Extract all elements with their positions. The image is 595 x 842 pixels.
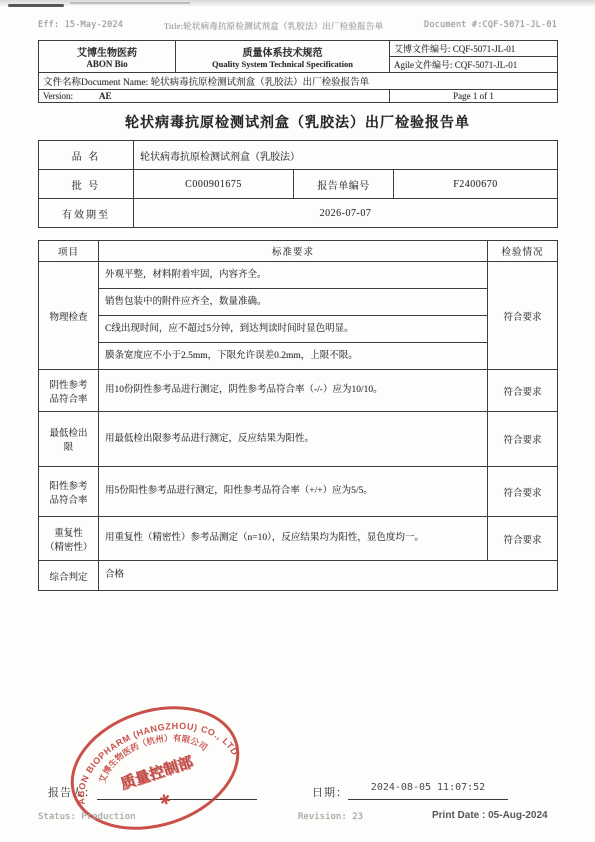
inspection-row: C线出现时间，应不超过5分钟，到达判读时间时显色明显。 (39, 316, 558, 343)
footer-print-date: Print Date : 05-Aug-2024 (432, 810, 548, 821)
inspection-header-row: 项目标准要求检验情况 (39, 241, 558, 262)
version-label: Version: (43, 91, 73, 101)
document-name: 文件名称Document Name: 轮状病毒抗原检测试剂盒（乳胶法）出厂检验报… (39, 73, 558, 90)
spec-title-cn: 质量体系技术规范 (180, 44, 385, 59)
inspection-item-name: 阴性参考品符合率 (39, 370, 99, 412)
inspection-row: 阴性参考品符合率用10份阴性参考品进行测定，阴性参考品符合率（-/-）应为10/… (39, 370, 558, 412)
company-name-en: ABON Bio (43, 59, 171, 69)
inspection-row: 膜条宽度应不小于2.5mm，下限允许误差0.2mm，上限不限。 (39, 343, 558, 370)
effective-date-text: Eff: 15-May-2024 (38, 20, 123, 30)
scan-artifact-mark (8, 4, 64, 7)
company-cell: 艾博生物医药 ABON Bio (39, 41, 176, 73)
company-name-cn: 艾博生物医药 (43, 44, 171, 59)
document-number-text: Document #:CQF-5071-JL-01 (424, 20, 557, 30)
inspection-result: 符合要求 (488, 517, 558, 561)
stamp-company-cn: 艾博生物医药（杭州）有限公司 (89, 719, 212, 787)
inspection-result: 符合要求 (488, 262, 558, 370)
inspection-result: 符合要求 (488, 412, 558, 467)
inspection-item-name: 物理检查 (39, 262, 99, 370)
svg-text:艾博生物医药（杭州）有限公司: 艾博生物医药（杭州）有限公司 (89, 719, 212, 787)
reporter-label: 报告人： (48, 784, 96, 800)
print-title-text: Title:轮状病毒抗原检测试剂盒（乳胶法）出厂检验报告单 (164, 20, 383, 32)
inspection-standard-text: 用10份阴性参考品进行测定，阴性参考品符合率（-/-）应为10/10。 (99, 370, 488, 412)
abon-doc-number: 艾博文件编号: CQF-5071-JL-01 (390, 41, 558, 57)
inspection-column-header-2: 检验情况 (488, 241, 558, 262)
inspection-column-header-1: 标准要求 (99, 241, 488, 262)
inspection-result: 符合要求 (488, 370, 558, 412)
agile-print-header: Eff: 15-May-2024 Title:轮状病毒抗原检测试剂盒（乳胶法）出… (38, 20, 557, 32)
inspection-table: 项目标准要求检验情况物理检查外观平整，材料附着牢固，内容齐全。符合要求销售包装中… (38, 240, 558, 591)
inspection-standard-text: 用重复性（精密性）参考品测定（n=10），反应结果均为阳性，显色度均一。 (99, 517, 488, 561)
inspection-standard-text: 外观平整，材料附着牢固，内容齐全。 (99, 262, 488, 289)
inspection-standard-text: 膜条宽度应不小于2.5mm，下限允许误差0.2mm，上限不限。 (99, 343, 488, 370)
product-info-table: 品 名 轮状病毒抗原检测试剂盒（乳胶法） 批 号 C000901675 报告单编… (38, 140, 558, 228)
scanned-report-page: Eff: 15-May-2024 Title:轮状病毒抗原检测试剂盒（乳胶法）出… (0, 0, 595, 842)
inspection-standard-text: C线出现时间，应不超过5分钟，到达判读时间时显色明显。 (99, 316, 488, 343)
inspection-column-header-0: 项目 (39, 241, 99, 262)
spec-cell: 质量体系技术规范 Quality System Technical Specif… (176, 41, 390, 73)
batch-number-value: C000901675 (134, 170, 294, 199)
agile-doc-number: Agile文件编号: CQF-5071-JL-01 (390, 57, 558, 73)
report-number-value: F2400670 (394, 170, 558, 199)
date-label: 日期： (312, 784, 348, 800)
reporter-signature-line (97, 799, 257, 800)
inspection-standard-text: 用最低检出限参考品进行测定，反应结果为阳性。 (99, 412, 488, 467)
scan-artifact-line (70, 2, 190, 4)
product-name-value: 轮状病毒抗原检测试剂盒（乳胶法） (134, 141, 558, 170)
stamp-star-icon: ✱ (158, 792, 174, 810)
date-value: 2024-08-05 11:07:52 (348, 782, 508, 793)
document-header-table: 艾博生物医药 ABON Bio 质量体系技术规范 Quality System … (38, 40, 558, 103)
footer-status: Status: Production (38, 812, 136, 822)
date-line (348, 799, 508, 800)
stamp-dept-text: 质量控制部 (118, 753, 195, 793)
report-number-label: 报告单编号 (294, 170, 394, 199)
spec-title-en: Quality System Technical Specification (180, 59, 385, 69)
inspection-standard-text: 销售包装中的附件应齐全，数量准确。 (99, 289, 488, 316)
inspection-item-name: 最低检出限 (39, 412, 99, 467)
expiry-date-label: 有效期至 (39, 199, 134, 228)
inspection-row: 最低检出限用最低检出限参考品进行测定，反应结果为阳性。符合要求 (39, 412, 558, 467)
product-name-label: 品 名 (39, 141, 134, 170)
inspection-result: 符合要求 (488, 467, 558, 517)
batch-number-label: 批 号 (39, 170, 134, 199)
footer-revision: Revision: 23 (298, 812, 363, 822)
inspection-item-name: 阳性参考品符合率 (39, 467, 99, 517)
inspection-item-name: 重复性（精密性） (39, 517, 99, 561)
inspection-row: 重复性（精密性）用重复性（精密性）参考品测定（n=10），反应结果均为阳性，显色… (39, 517, 558, 561)
inspection-row: 销售包装中的附件应齐全，数量准确。 (39, 289, 558, 316)
inspection-row: 阳性参考品符合率用5份阳性参考品进行测定，阳性参考品符合率（+/+）应为5/5。… (39, 467, 558, 517)
inspection-row: 综合判定合格 (39, 561, 558, 591)
inspection-standard-text: 合格 (99, 561, 558, 591)
expiry-date-value: 2026-07-07 (134, 199, 558, 228)
inspection-item-name: 综合判定 (39, 561, 99, 591)
inspection-standard-text: 用5份阳性参考品进行测定，阳性参考品符合率（+/+）应为5/5。 (99, 467, 488, 517)
page-indicator: Page 1 of 1 (390, 90, 558, 103)
version-cell: Version:AE (39, 90, 390, 103)
report-title: 轮状病毒抗原检测试剂盒（乳胶法）出厂检验报告单 (0, 112, 595, 132)
version-value: AE (99, 91, 112, 101)
inspection-row: 物理检查外观平整，材料附着牢固，内容齐全。符合要求 (39, 262, 558, 289)
